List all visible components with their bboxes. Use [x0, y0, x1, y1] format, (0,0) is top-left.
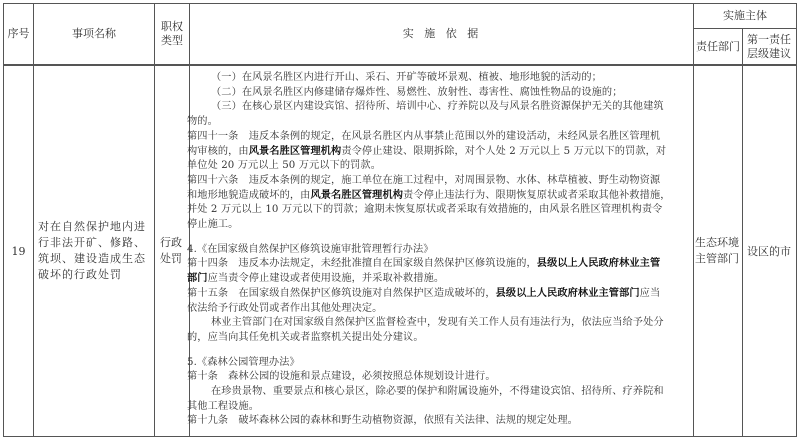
responsible-authority-highlight: 县级以上人民政府林业主管部门 — [496, 288, 640, 299]
basis-text: 第十条 森林公园的设施和景点建设，必须按照总体规划设计进行。 — [187, 371, 496, 382]
basis-text: 其他工程设施。 — [187, 401, 259, 412]
basis-text: 物的。 — [187, 116, 218, 127]
header-responsible-dept: 责任部门 — [694, 29, 742, 64]
basis-line: 第四十六条 违反本条例的规定，施工单位在施工过程中，对周围景物、水体、林草植被、… — [187, 174, 691, 189]
basis-line: 林业主管部门在对国家级自然保护区监督检查中，发现有关工作人员有违法行为，依法应当… — [187, 316, 691, 331]
basis-line: 4.《在国家级自然保护区修筑设施审批管理暂行办法》 — [187, 243, 691, 258]
basis-text: 责令停止建设、限期拆除，对个人处 2 万元以上 5 万元以下的罚款，对 — [341, 146, 666, 157]
col-divider — [154, 4, 155, 436]
basis-text: 林业主管部门在对国家级自然保护区监督检查中，发现有关工作人员有违法行为，依法应当… — [211, 317, 664, 328]
basis-text: 4.《在国家级自然保护区修筑设施审批管理暂行办法》 — [187, 244, 434, 255]
header-subject-group: 实施主体 — [694, 4, 796, 28]
basis-line: 5.《森林公园管理办法》 — [187, 356, 691, 371]
basis-line: 第十九条 破坏森林公园的森林和野生动植物资源，依照有关法律、法规的规定处理。 — [187, 414, 691, 429]
implementation-basis-text: （一）在风景名胜区内进行开山、采石、开矿等破坏景观、植被、地形地貌的活动的；（二… — [187, 71, 691, 429]
basis-line: 第四十一条 违反本条例的规定，在风景名胜区内从事禁止范围以外的建设活动，未经风景… — [187, 130, 691, 145]
basis-text: 第十四条 违反本办法规定，未经批准擅自在国家级自然保护区修筑设施的， — [187, 258, 537, 269]
basis-text: 停止施工。 — [187, 219, 238, 230]
basis-line: 的，应当向其任免机关或者监察机关提出处分建议。 — [187, 331, 691, 346]
responsible-authority-highlight: 县级以上人民政府林业主管 — [537, 258, 660, 269]
basis-line: 第十条 森林公园的设施和景点建设，必须按照总体规划设计进行。 — [187, 370, 691, 385]
basis-line: （一）在风景名胜区内进行开山、采石、开矿等破坏景观、植被、地形地貌的活动的； — [187, 71, 691, 86]
paragraph-gap — [187, 346, 691, 356]
basis-text: 的，应当向其任免机关或者监察机关提出处分建议。 — [187, 332, 424, 343]
basis-text: 第十九条 破坏森林公园的森林和野生动植物资源，依照有关法律、法规的规定处理。 — [187, 415, 578, 426]
basis-text: 依法给予行政处罚或者作出其他处理决定。 — [187, 303, 382, 314]
basis-line: 构审核的，由风景名胜区管理机构责令停止建设、限期拆除，对个人处 2 万元以上 5… — [187, 145, 691, 160]
basis-line: 停止施工。 — [187, 218, 691, 233]
responsible-authority-highlight: 风景名胜区管理机构 — [249, 146, 342, 157]
basis-line: 在珍贵景物、重要景点和核心景区，除必要的保护和附属设施外，不得建设宾馆、招待所、… — [187, 385, 691, 400]
basis-text: 应当责令停止建设或者使用设施，并采取补救措施。 — [208, 273, 445, 284]
basis-text: 第十五条 在国家级自然保护区修筑设施对自然保护区造成破坏的， — [187, 288, 496, 299]
header-seq: 序号 — [4, 4, 33, 64]
basis-text: 第四十一条 违反本条例的规定，在风景名胜区内从事禁止范围以外的建设活动，未经风景… — [187, 131, 660, 142]
basis-text: 责令停止违法行为、限期恢复原状或者采取其他补救措施， — [403, 190, 670, 201]
basis-text: 在珍贵景物、重要景点和核心景区，除必要的保护和附属设施外，不得建设宾馆、招待所、… — [211, 386, 664, 397]
basis-line: 物的。 — [187, 115, 691, 130]
header-power-type: 职权类型 — [159, 4, 185, 64]
basis-text: （一）在风景名胜区内进行开山、采石、开矿等破坏景观、植被、地形地貌的活动的； — [211, 72, 602, 83]
basis-line: 依法给予行政处罚或者作出其他处理决定。 — [187, 302, 691, 317]
col-divider — [693, 4, 694, 436]
basis-text: （二）在风景名胜区内修建储存爆炸性、易燃性、放射性、毒害性、腐蚀性物品的设施的； — [211, 87, 623, 98]
basis-line: 第十四条 违反本办法规定，未经批准擅自在国家级自然保护区修筑设施的，县级以上人民… — [187, 257, 691, 272]
basis-text: （三）在核心景区内建设宾馆、招待所、培训中心、疗养院以及与风景名胜资源保护无关的… — [211, 101, 664, 112]
basis-line: 部门应当责令停止建设或者使用设施，并采取补救措施。 — [187, 272, 691, 287]
row-responsible-dept: 生态环境主管部门 — [695, 66, 741, 436]
basis-line: 第十五条 在国家级自然保护区修筑设施对自然保护区造成破坏的，县级以上人民政府林业… — [187, 287, 691, 302]
col-divider — [33, 4, 34, 436]
row-first-level: 设区的市 — [744, 66, 794, 436]
row-item-name: 对在自然保护地内进行非法开矿、修路、筑坝、建设造成生态破坏的行政处罚 — [38, 66, 152, 436]
basis-line: 单位处 20 万元以上 50 万元以下的罚款。 — [187, 159, 691, 174]
header-basis: 实 施 依 据 — [190, 4, 693, 64]
basis-line: （二）在风景名胜区内修建储存爆炸性、易燃性、放射性、毒害性、腐蚀性物品的设施的； — [187, 86, 691, 101]
basis-text: 构审核的，由 — [187, 146, 249, 157]
responsible-authority-highlight: 部门 — [187, 273, 208, 284]
basis-line: 其他工程设施。 — [187, 400, 691, 415]
header-first-level: 第一责任层级建议 — [745, 29, 793, 64]
basis-text: 并处 2 万元以上 10 万元以下的罚款；逾期未恢复原状或者采取有效措施的，由风… — [187, 204, 662, 215]
basis-text: 和地形地貌造成破坏的，由 — [187, 190, 310, 201]
col-divider — [742, 28, 743, 436]
basis-line: 并处 2 万元以上 10 万元以下的罚款；逾期未恢复原状或者采取有效措施的，由风… — [187, 203, 691, 218]
row-seq: 19 — [4, 66, 33, 436]
basis-text: 5.《森林公园管理办法》 — [187, 357, 300, 368]
row-power-type: 行政处罚 — [160, 66, 186, 436]
basis-text: 单位处 20 万元以上 50 万元以下的罚款。 — [187, 160, 381, 171]
header-item-name: 事项名称 — [34, 4, 154, 64]
basis-text: 第四十六条 违反本条例的规定，施工单位在施工过程中，对周围景物、水体、林草植被、… — [187, 175, 660, 186]
basis-line: （三）在核心景区内建设宾馆、招待所、培训中心、疗养院以及与风景名胜资源保护无关的… — [187, 100, 691, 115]
responsible-authority-highlight: 风景名胜区管理机构 — [310, 190, 403, 201]
paragraph-gap — [187, 233, 691, 243]
basis-line: 和地形地貌造成破坏的，由风景名胜区管理机构责令停止违法行为、限期恢复原状或者采取… — [187, 189, 691, 204]
basis-text: 应当 — [640, 288, 661, 299]
